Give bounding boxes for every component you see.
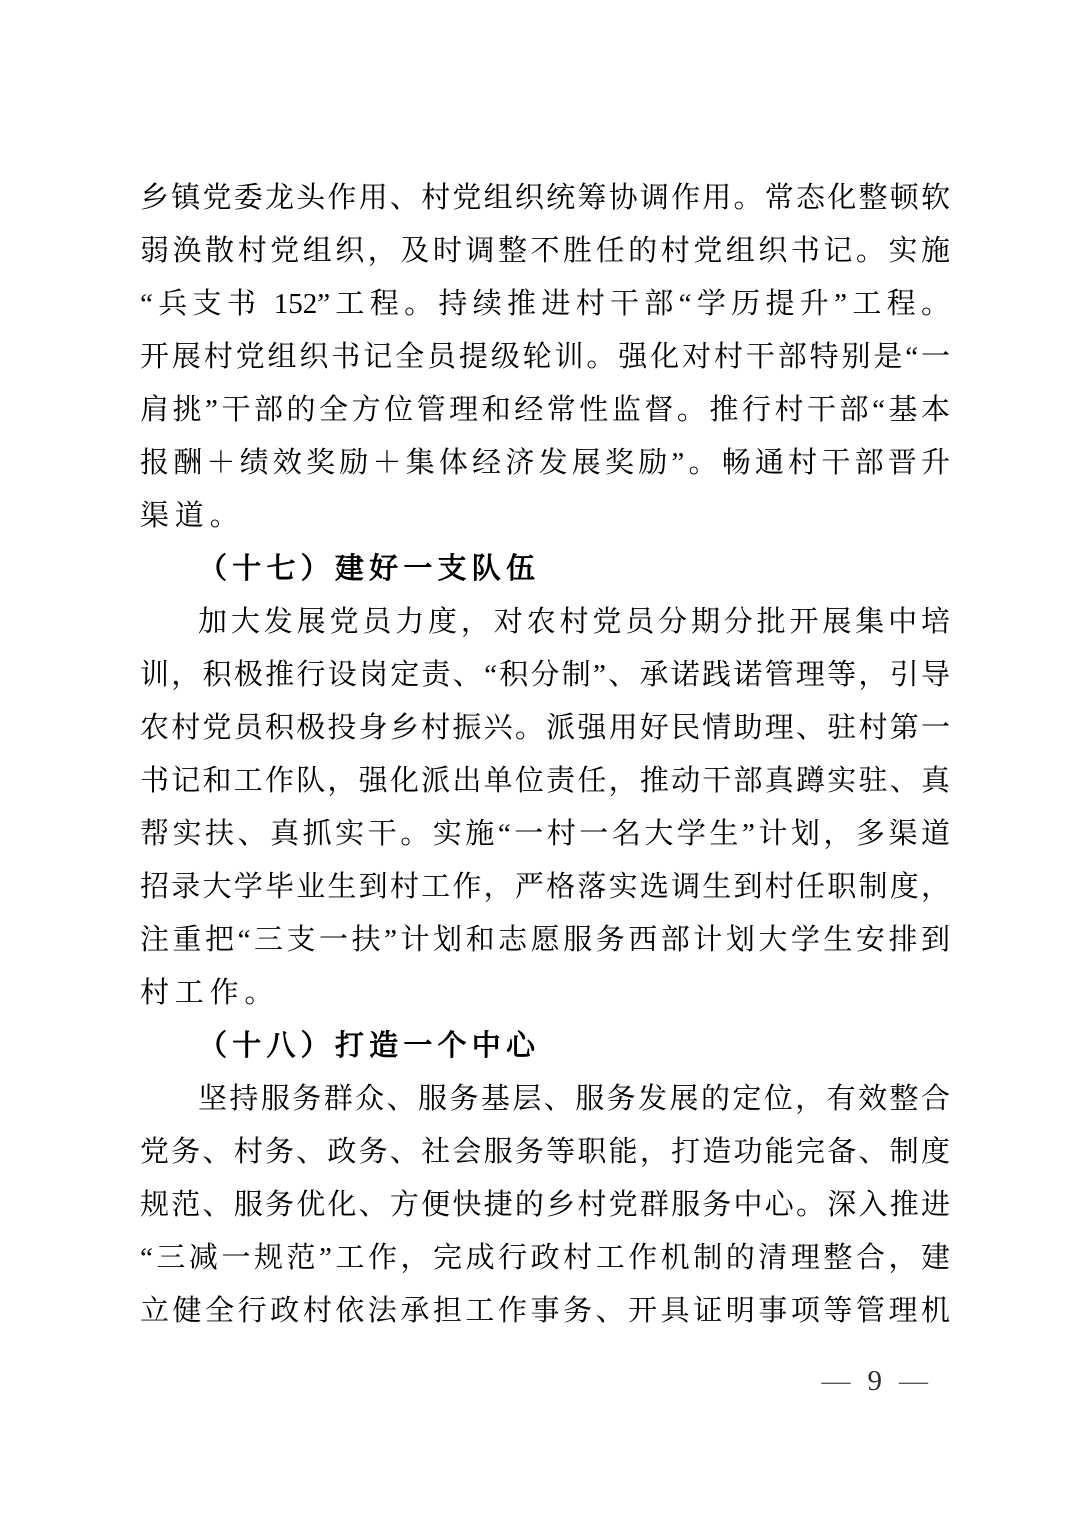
text-line: 训，积极推行设岗定责、“积分制”、承诺践诺管理等，引导 [140, 649, 950, 702]
section-heading-18: （十八）打造一个中心 [140, 1020, 950, 1073]
text-line: 渠道。 [140, 490, 950, 543]
text-line: 规范、服务优化、方便快捷的乡村党群服务中心。深入推进 [140, 1179, 950, 1232]
text-line: 报酬＋绩效奖励＋集体经济发展奖励”。畅通村干部晋升 [140, 437, 950, 490]
text-line: 党务、村务、政务、社会服务等职能，打造功能完备、制度 [140, 1126, 950, 1179]
text-line: 书记和工作队，强化派出单位责任，推动干部真蹲实驻、真 [140, 755, 950, 808]
text-line: 坚持服务群众、服务基层、服务发展的定位，有效整合 [140, 1073, 950, 1126]
footer-dash-left: — [822, 1360, 851, 1402]
text-line: 加大发展党员力度，对农村党员分期分批开展集中培 [140, 596, 950, 649]
text-line: 弱涣散村党组织，及时调整不胜任的村党组织书记。实施 [140, 225, 950, 278]
page-number: 9 [868, 1360, 883, 1402]
paragraph-1: 乡镇党委龙头作用、村党组织统筹协调作用。常态化整顿软 弱涣散村党组织，及时调整不… [140, 172, 950, 543]
text-line: 乡镇党委龙头作用、村党组织统筹协调作用。常态化整顿软 [140, 172, 950, 225]
text-line: 立健全行政村依法承担工作事务、开具证明事项等管理机 [140, 1285, 950, 1338]
text-line: 肩挑”干部的全方位管理和经常性监督。推行村干部“基本 [140, 384, 950, 437]
document-page: 乡镇党委龙头作用、村党组织统筹协调作用。常态化整顿软 弱涣散村党组织，及时调整不… [0, 0, 1080, 1528]
paragraph-2: 加大发展党员力度，对农村党员分期分批开展集中培 训，积极推行设岗定责、“积分制”… [140, 596, 950, 1020]
text-line: 村工作。 [140, 967, 950, 1020]
page-footer: — 9 — [822, 1360, 929, 1402]
text-line: 农村党员积极投身乡村振兴。派强用好民情助理、驻村第一 [140, 702, 950, 755]
text-line: 注重把“三支一扶”计划和志愿服务西部计划大学生安排到 [140, 914, 950, 967]
paragraph-3: 坚持服务群众、服务基层、服务发展的定位，有效整合 党务、村务、政务、社会服务等职… [140, 1073, 950, 1338]
text-line: 招录大学毕业生到村工作，严格落实选调生到村任职制度， [140, 861, 950, 914]
footer-dash-right: — [899, 1360, 928, 1402]
text-line: “三减一规范”工作，完成行政村工作机制的清理整合，建 [140, 1232, 950, 1285]
text-line: 帮实扶、真抓实干。实施“一村一名大学生”计划，多渠道 [140, 808, 950, 861]
text-line: “兵支书 152”工程。持续推进村干部“学历提升”工程。 [140, 278, 950, 331]
section-heading-17: （十七）建好一支队伍 [140, 543, 950, 596]
text-line: 开展村党组织书记全员提级轮训。强化对村干部特别是“一 [140, 331, 950, 384]
document-body: 乡镇党委龙头作用、村党组织统筹协调作用。常态化整顿软 弱涣散村党组织，及时调整不… [140, 172, 950, 1338]
